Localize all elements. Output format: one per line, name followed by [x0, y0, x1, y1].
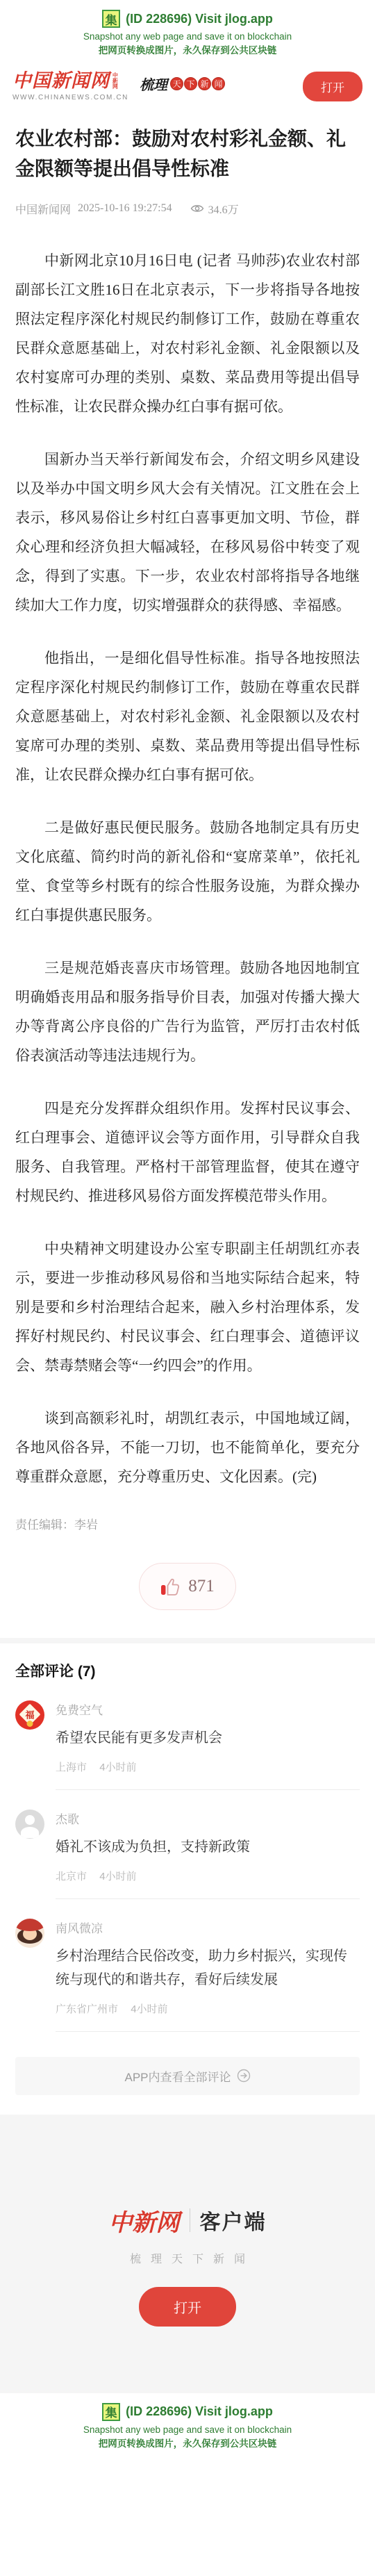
avatar-cartoon-woman[interactable]	[15, 1919, 44, 1948]
open-app-button-header[interactable]: 打开	[303, 72, 362, 101]
article-paragraph: 三是规范婚丧喜庆市场管理。鼓励各地因地制宜明确婚丧用品和服务指导价目表，加强对传…	[15, 953, 360, 1070]
slogan-badge-1: 天	[170, 77, 183, 90]
comment-location: 上海市	[56, 1762, 87, 1773]
like-button[interactable]: 871	[139, 1563, 236, 1610]
slogan-prefix: 梳理	[140, 74, 167, 94]
comments-section: 全部评论 (7) 福 免费空气 希望农民能有更多发声机会 上海市 4小时前 杰歌…	[0, 1643, 375, 2095]
comment-text: 乡村治理结合民俗改变，助力乡村振兴，实现传统与现代的和谐共存，看好后续发展	[56, 1944, 360, 1992]
fu-character: 福	[25, 1708, 34, 1721]
comments-title: 全部评论 (7)	[15, 1660, 360, 1681]
chinanews-logo-vertical: 中新网	[112, 72, 117, 89]
article-paragraph: 中央精神文明建设办公室专职副主任胡凯红亦表示，要进一步推动移风易俗和当地实际结合…	[15, 1234, 360, 1380]
footer-logo-divider	[190, 2208, 190, 2232]
jlog-subtitle-en: Snapshot any web page and save it on blo…	[0, 31, 375, 42]
article-paragraph: 二是做好惠民便民服务。鼓励各地制定具有历史文化底蕴、简约时尚的新礼俗和“宴席菜单…	[15, 813, 360, 930]
comment-item: 杰歌 婚礼不该成为负担，支持新政策 北京市 4小时前	[15, 1810, 360, 1899]
editor-credit: 责任编辑：李岩	[15, 1515, 360, 1532]
person-head-shape	[25, 1815, 35, 1825]
jlog-subtitle-cn: 把网页转换成图片，永久保存到公共区块链	[0, 42, 375, 56]
comment-time: 4小时前	[99, 1871, 136, 1882]
footer-slogan: 梳理天下新闻	[0, 2250, 375, 2266]
jlog-banner-bottom: 集 (ID 228696) Visit jlog.app Snapshot an…	[0, 2393, 375, 2456]
comment-time: 4小时前	[131, 2003, 167, 2015]
chinanews-logo-text: 中国新闻网	[12, 72, 110, 90]
jlog-id-text[interactable]: (ID 228696) Visit jlog.app	[126, 12, 273, 26]
article-paragraph: 国新办当天举行新闻发布会，介绍文明乡风建设以及举办中国文明乡风大会有关情况。江文…	[15, 445, 360, 620]
article: 农业农村部：鼓励对农村彩礼金额、礼金限额等提出倡导性标准 中国新闻网 2025-…	[0, 124, 375, 1610]
comment-location: 广东省广州市	[56, 2003, 118, 2015]
comment-item: 福 免费空气 希望农民能有更多发声机会 上海市 4小时前	[15, 1700, 360, 1790]
view-all-comments-label: APP内查看全部评论	[124, 2067, 231, 2085]
woman-hat-shape	[15, 1919, 44, 1931]
slogan-badge-2: 下	[184, 77, 197, 90]
jlog-subtitle-en: Snapshot any web page and save it on blo…	[0, 2425, 375, 2435]
avatar-fu-badge[interactable]: 福	[15, 1700, 44, 1730]
slogan-badge-4: 闻	[212, 77, 225, 90]
view-count: 34.6万	[208, 201, 239, 217]
jlog-subtitle-cn: 把网页转换成图片，永久保存到公共区块链	[0, 2436, 375, 2450]
slogan-badge-3: 新	[198, 77, 211, 90]
footer-logo: 中新网 客户端	[0, 2204, 375, 2238]
jlog-banner-top: 集 (ID 228696) Visit jlog.app Snapshot an…	[0, 0, 375, 63]
site-header: 中国新闻网 中新网 WWW.CHINANEWS.COM.CN 梳理 天 下 新 …	[0, 63, 375, 108]
chinanews-slogan: 梳理 天 下 新 闻	[140, 74, 225, 94]
article-paragraph: 中新网北京10月16日电 (记者 马帅莎)农业农村部副部长江文胜16日在北京表示…	[15, 246, 360, 421]
circle-arrow-icon	[237, 2069, 251, 2083]
like-count: 871	[188, 1577, 215, 1596]
comment-meta: 上海市 4小时前	[56, 1759, 360, 1774]
comment-author[interactable]: 免费空气	[56, 1700, 360, 1718]
section-divider	[0, 1638, 375, 1643]
article-paragraph: 谈到高额彩礼时，胡凯红表示，中国地域辽阔，各地风俗各异，不能一刀切，也不能简单化…	[15, 1404, 360, 1491]
article-byline: 中国新闻网 2025-10-16 19:27:54 34.6万	[15, 201, 360, 217]
article-source: 中国新闻网	[15, 201, 71, 217]
open-app-button-footer[interactable]: 打开	[139, 2287, 236, 2327]
article-paragraph: 他指出，一是细化倡导性标准。指导各地按照法定程序深化村规民约制修订工作，鼓励在尊…	[15, 643, 360, 789]
comment-author[interactable]: 杰歌	[56, 1810, 360, 1827]
footer-logo-client: 客户端	[200, 2205, 267, 2235]
app-download-footer: 中新网 客户端 梳理天下新闻 打开	[0, 2115, 375, 2393]
jlog-id-text[interactable]: (ID 228696) Visit jlog.app	[126, 2404, 273, 2419]
article-title: 农业农村部：鼓励对农村彩礼金额、礼金限额等提出倡导性标准	[15, 124, 360, 184]
comment-text: 希望农民能有更多发声机会	[56, 1726, 360, 1750]
chinanews-url: WWW.CHINANEWS.COM.CN	[12, 94, 128, 101]
view-all-comments-button[interactable]: APP内查看全部评论	[15, 2057, 360, 2095]
comment-meta: 广东省广州市 4小时前	[56, 2001, 360, 2016]
article-datetime: 2025-10-16 19:27:54	[78, 202, 172, 215]
jlog-logo-icon: 集	[102, 10, 120, 28]
comment-text: 婚礼不该成为负担，支持新政策	[56, 1835, 360, 1859]
article-body: 中新网北京10月16日电 (记者 马帅莎)农业农村部副部长江文胜16日在北京表示…	[15, 246, 360, 1491]
comment-author[interactable]: 南风微凉	[56, 1919, 360, 1936]
avatar-person-placeholder[interactable]	[15, 1810, 44, 1839]
person-shoulders-shape	[21, 1827, 39, 1838]
article-paragraph: 四是充分发挥群众组织作用。发挥村民议事会、红白理事会、道德评议会等方面作用，引导…	[15, 1094, 360, 1211]
eye-icon	[190, 204, 204, 213]
comment-meta: 北京市 4小时前	[56, 1869, 360, 1883]
footer-logo-brand: 中新网	[109, 2204, 180, 2238]
jlog-logo-icon: 集	[102, 2403, 120, 2421]
comment-item: 南风微凉 乡村治理结合民俗改变，助力乡村振兴，实现传统与现代的和谐共存，看好后续…	[15, 1919, 360, 2032]
chinanews-logo[interactable]: 中国新闻网 中新网 WWW.CHINANEWS.COM.CN	[12, 72, 128, 101]
comment-location: 北京市	[56, 1871, 87, 1882]
gold-coin-shape	[27, 1721, 33, 1727]
comment-time: 4小时前	[99, 1762, 136, 1773]
thumbs-up-icon	[160, 1576, 181, 1597]
